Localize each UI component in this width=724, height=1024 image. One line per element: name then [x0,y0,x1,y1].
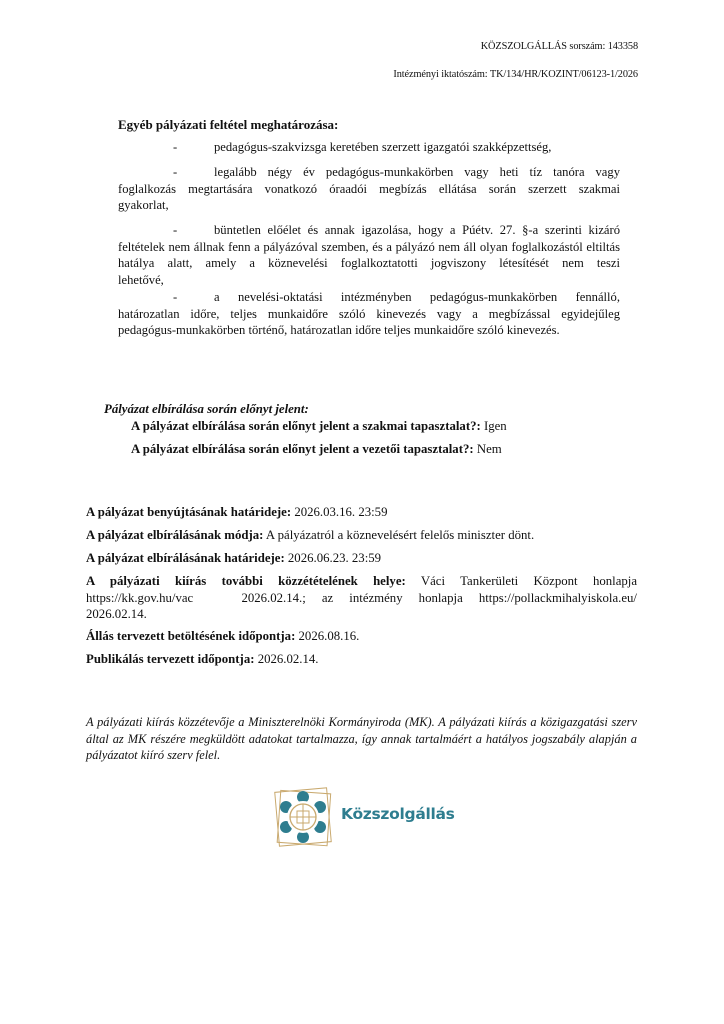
condition-text-last: lehetővé, [118,272,620,289]
info-value-cont: https://kk.gov.hu/vac 2026.02.14.; az in… [86,590,637,607]
condition-text: a nevelési-oktatási intézményben pedagóg… [214,290,620,304]
condition-text: pedagógus-szakvizsga keretében szerzett … [214,140,551,154]
info-value: 2026.03.16. 23:59 [294,505,387,519]
planned-fill-date: Állás tervezett betöltésének időpontja: … [86,628,637,645]
condition-item: -pedagógus-szakvizsga keretében szerzett… [118,139,620,156]
filing-label: Intézményi iktatószám: [393,69,487,80]
planned-publish-date: Publikálás tervezett időpontja: 2026.02.… [86,651,637,668]
evaluation-method: A pályázat elbírálásának módja: A pályáz… [86,527,637,544]
evaluation-deadline: A pályázat elbírálásának határideje: 202… [86,550,637,567]
advantage-row: A pályázat elbírálása során előnyt jelen… [131,442,502,457]
logo-text: Közszolgállás [341,805,455,823]
condition-item: -büntetlen előélet és annak igazolása, h… [118,222,620,288]
info-value-last: 2026.02.14. [86,606,637,623]
info-value: 2026.06.23. 23:59 [288,551,381,565]
kozszolgallas-emblem-icon [270,784,338,852]
condition-text-cont: foglalkozás megtartására vonatkozó óraad… [118,181,620,198]
filing-value: TK/134/HR/KOZINT/06123-1/2026 [490,69,638,80]
info-label: Publikálás tervezett időpontja: [86,652,254,666]
condition-text: legalább négy év pedagógus-munkakörben v… [214,165,620,179]
info-label: A pályázat elbírálásának határideje: [86,551,285,565]
condition-text-last: gyakorlat, [118,197,620,214]
bullet-dash: - [118,139,214,156]
serial-label: KÖZSZOLGÁLLÁS sorszám: [481,41,606,52]
info-label: A pályázati kiírás további közzétételéne… [86,574,406,588]
serial-number: KÖZSZOLGÁLLÁS sorszám: 143358 [481,41,638,52]
bullet-dash: - [118,289,214,306]
serial-value: 143358 [608,41,638,52]
info-value: Váci Tankerületi Központ honlapja [421,574,637,588]
condition-text: büntetlen előélet és annak igazolása, ho… [214,223,620,237]
info-value: 2026.08.16. [299,629,360,643]
condition-text-last: pedagógus-munkakörben történő, határozat… [118,322,620,339]
document-page: KÖZSZOLGÁLLÁS sorszám: 143358 Intézményi… [0,0,724,1024]
advantage-row: A pályázat elbírálása során előnyt jelen… [131,419,507,434]
submission-deadline: A pályázat benyújtásának határideje: 202… [86,504,637,521]
condition-item: -a nevelési-oktatási intézményben pedagó… [118,289,620,339]
info-label: A pályázat benyújtásának határideje: [86,505,291,519]
advantage-label: A pályázat elbírálása során előnyt jelen… [131,419,481,433]
condition-text-cont: feltételek nem állnak fenn a pályázóval … [118,239,620,272]
advantages-title: Pályázat elbírálása során előnyt jelent: [104,402,309,417]
info-value: 2026.02.14. [258,652,319,666]
condition-item: -legalább négy év pedagógus-munkakörben … [118,164,620,214]
info-value: A pályázatról a köznevelésért felelős mi… [266,528,534,542]
publication-place: A pályázati kiírás további közzétételéne… [86,573,637,623]
advantage-value: Igen [484,419,507,433]
bullet-dash: - [118,164,214,181]
advantage-label: A pályázat elbírálása során előnyt jelen… [131,442,474,456]
advantage-value: Nem [477,442,502,456]
bullet-dash: - [118,222,214,239]
kozszolgallas-logo: Közszolgállás [270,784,460,852]
info-label: Állás tervezett betöltésének időpontja: [86,629,295,643]
filing-number: Intézményi iktatószám: TK/134/HR/KOZINT/… [393,69,638,80]
other-conditions-title: Egyéb pályázati feltétel meghatározása: [118,117,338,133]
info-label: A pályázat elbírálásának módja: [86,528,263,542]
disclaimer: A pályázati kiírás közzétevője a Miniszt… [86,714,637,764]
condition-text-cont: határozatlan időre, teljes munkaidőre sz… [118,306,620,323]
